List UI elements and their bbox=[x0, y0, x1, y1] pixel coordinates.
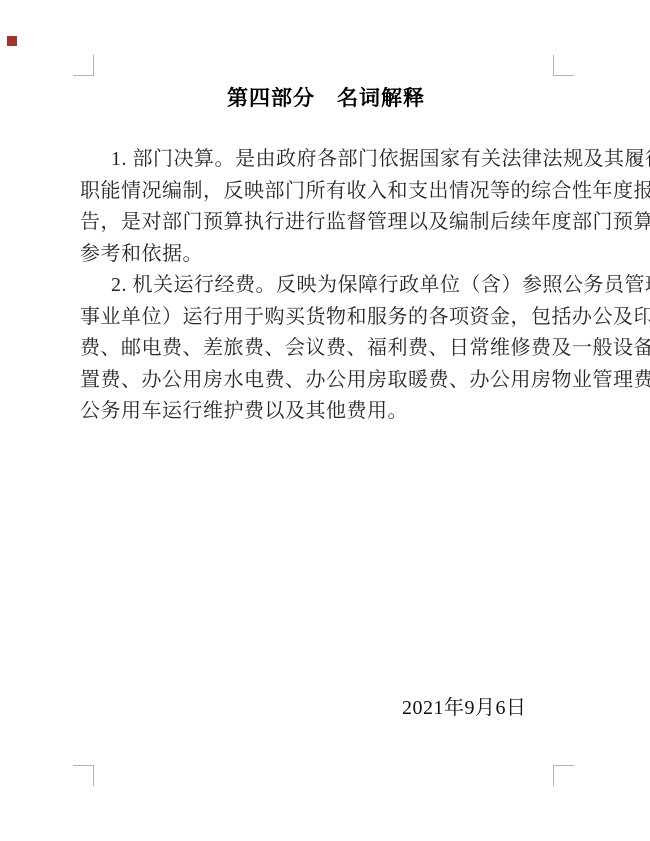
document-page: 第四部分 名词解释 1. 部门决算。是由政府各部门依据国家有关法律法规及其履行职… bbox=[0, 0, 650, 841]
body-text-line: 告，是对部门预算执行进行监督管理以及编制后续年度部门预算的 bbox=[80, 207, 572, 239]
body-text-line: 公务用车运行维护费以及其他费用。 bbox=[80, 396, 572, 428]
date-text: 2021年9月6日 bbox=[402, 691, 527, 720]
body-text-line: 事业单位）运行用于购买货物和服务的各项资金，包括办公及印刷 bbox=[80, 302, 572, 334]
crop-mark-top-right-vertical bbox=[553, 55, 554, 76]
body-text-line: 费、邮电费、差旅费、会议费、福利费、日常维修费及一般设备购 bbox=[80, 333, 572, 365]
body-paragraphs: 1. 部门决算。是由政府各部门依据国家有关法律法规及其履行职能情况编制，反映部门… bbox=[80, 144, 572, 428]
crop-mark-top-left-vertical bbox=[93, 55, 94, 76]
crop-mark-top-right-horizontal bbox=[553, 75, 574, 76]
crop-mark-bottom-left-horizontal bbox=[73, 765, 94, 766]
body-text-line: 参考和依据。 bbox=[80, 239, 572, 271]
crop-mark-top-left-horizontal bbox=[73, 75, 94, 76]
red-square-marker bbox=[7, 36, 17, 46]
crop-mark-bottom-right-horizontal bbox=[553, 765, 574, 766]
body-text-line: 1. 部门决算。是由政府各部门依据国家有关法律法规及其履行 bbox=[80, 144, 572, 176]
crop-mark-bottom-right-vertical bbox=[553, 765, 554, 786]
body-text-line: 置费、办公用房水电费、办公用房取暖费、办公用房物业管理费、 bbox=[80, 365, 572, 397]
body-text-line: 职能情况编制，反映部门所有收入和支出情况等的综合性年度报 bbox=[80, 176, 572, 208]
page-title: 第四部分 名词解释 bbox=[80, 82, 572, 112]
body-text-line: 2. 机关运行经费。反映为保障行政单位（含）参照公务员管理 bbox=[80, 270, 572, 302]
crop-mark-bottom-left-vertical bbox=[93, 765, 94, 786]
